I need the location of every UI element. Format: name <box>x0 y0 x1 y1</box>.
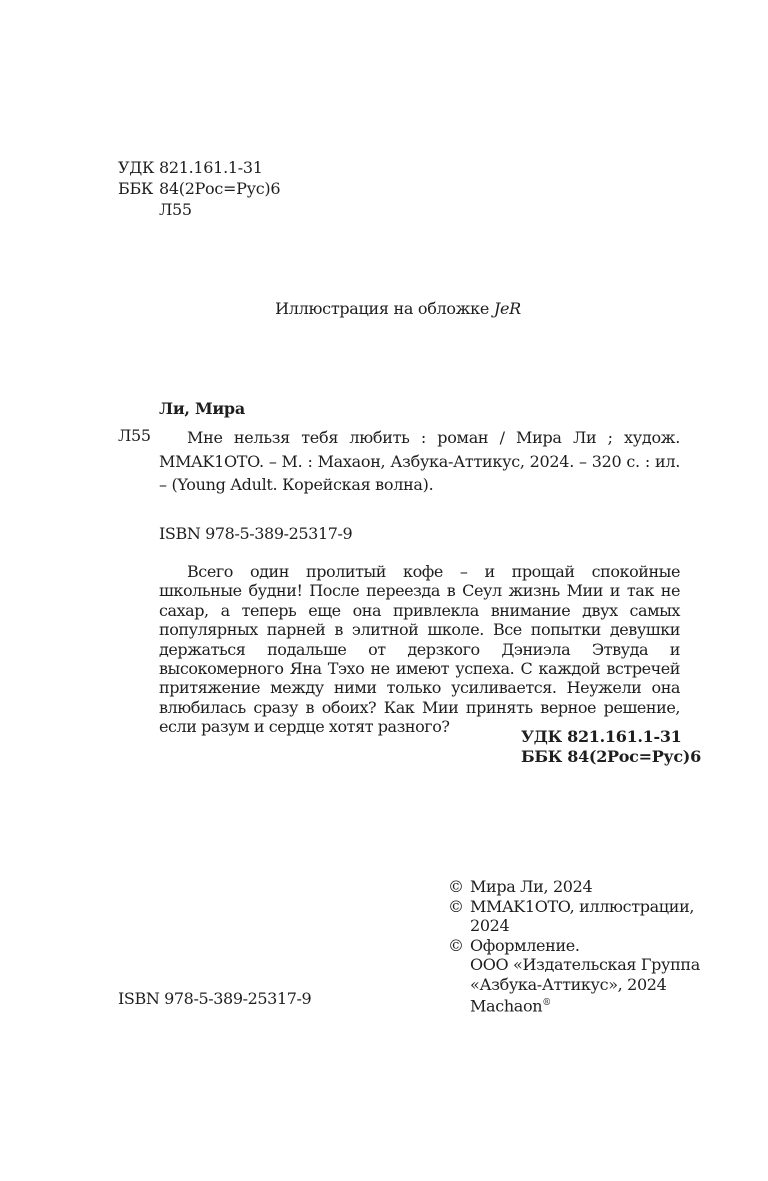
index-mark: Л55 <box>118 426 151 445</box>
copyright-line: Оформление. <box>470 936 698 956</box>
bibliographic-description: Мне нельзя тебя любить : роман / Мира Ли… <box>159 426 680 497</box>
bbk-value: 84(2Рос=Рус)6 <box>159 179 280 198</box>
copyright-line: «Азбука-Аттикус», 2024 <box>470 975 698 995</box>
illustration-artist: JeR <box>494 299 521 318</box>
registered-mark-icon: ® <box>542 998 551 1008</box>
imprint-name: Machaon <box>470 996 542 1015</box>
illustration-credit: Иллюстрация на обложке JeR <box>0 299 768 318</box>
isbn-record: ISBN 978-5-389-25317-9 <box>159 524 352 543</box>
annotation: Всего один пролитый кофе – и прощай спок… <box>159 562 680 737</box>
bbk-label: ББК <box>118 179 153 198</box>
copyright-line: 2024 <box>470 916 698 936</box>
udk-bottom: УДК 821.161.1-31 <box>521 727 682 746</box>
isbn-bottom: ISBN 978-5-389-25317-9 <box>118 989 311 1008</box>
udk-label: УДК <box>118 158 154 177</box>
author-heading: Ли, Мира <box>159 399 245 418</box>
copyright-author: © Мира Ли, 2024 <box>448 877 698 897</box>
udk-value: 821.161.1-31 <box>159 158 263 177</box>
author-mark: Л55 <box>159 200 192 219</box>
copyright-design: © Оформление. ООО «Издательская Группа «… <box>448 936 698 995</box>
copyright-icon: © <box>448 897 464 917</box>
copyright-line: ООО «Издательская Группа <box>470 955 698 975</box>
bbk-bottom: ББК 84(2Рос=Рус)6 <box>521 747 701 766</box>
copyright-icon: © <box>448 877 464 897</box>
copyright-icon: © <box>448 936 464 956</box>
imprint: Machaon® <box>448 994 698 1016</box>
illustration-credit-text: Иллюстрация на обложке <box>275 299 489 318</box>
copyright-line: MMAK1OTO, иллюстрации, <box>470 897 698 917</box>
copyright-block: © Мира Ли, 2024 © MMAK1OTO, иллюстрации,… <box>448 877 698 1016</box>
copyright-line: Мира Ли, 2024 <box>470 877 698 897</box>
copyright-illustrator: © MMAK1OTO, иллюстрации, 2024 <box>448 897 698 936</box>
